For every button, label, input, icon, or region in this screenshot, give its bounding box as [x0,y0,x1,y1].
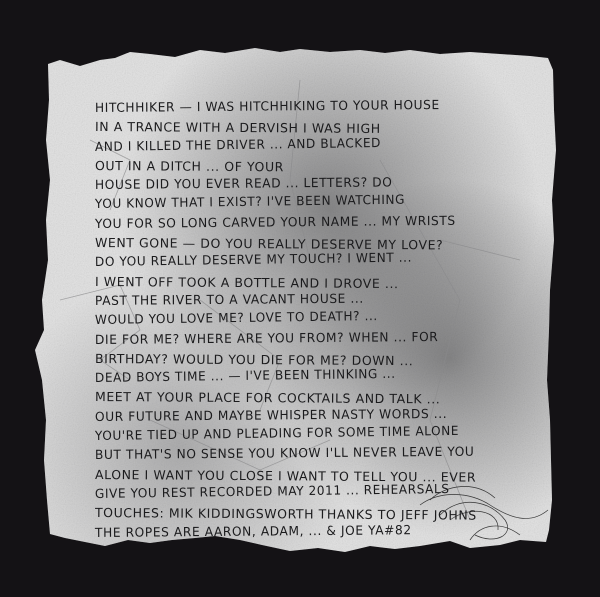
note-line: DIE FOR ME? WHERE ARE YOU FROM? WHEN ...… [95,326,503,349]
note-line: DO YOU REALLY DESERVE MY TOUCH? I WENT .… [95,247,498,272]
note-line: WOULD YOU LOVE ME? LOVE TO DEATH? ... [95,305,498,330]
note-line: DEAD BOYS TIME ... — I'VE BEEN THINKING … [95,363,498,388]
note-line: BUT THAT'S NO SENSE YOU KNOW I'LL NEVER … [95,442,503,465]
note-line: HITCHHIKER — I WAS HITCHHIKING TO YOUR H… [95,94,503,117]
note-line: YOU FOR SO LONG CARVED YOUR NAME ... MY … [95,210,503,233]
handwritten-note: HITCHHIKER — I WAS HITCHHIKING TO YOUR H… [95,98,515,542]
note-line: THE ROPES ARE AARON, ADAM, ... & JOE YA#… [95,519,503,542]
